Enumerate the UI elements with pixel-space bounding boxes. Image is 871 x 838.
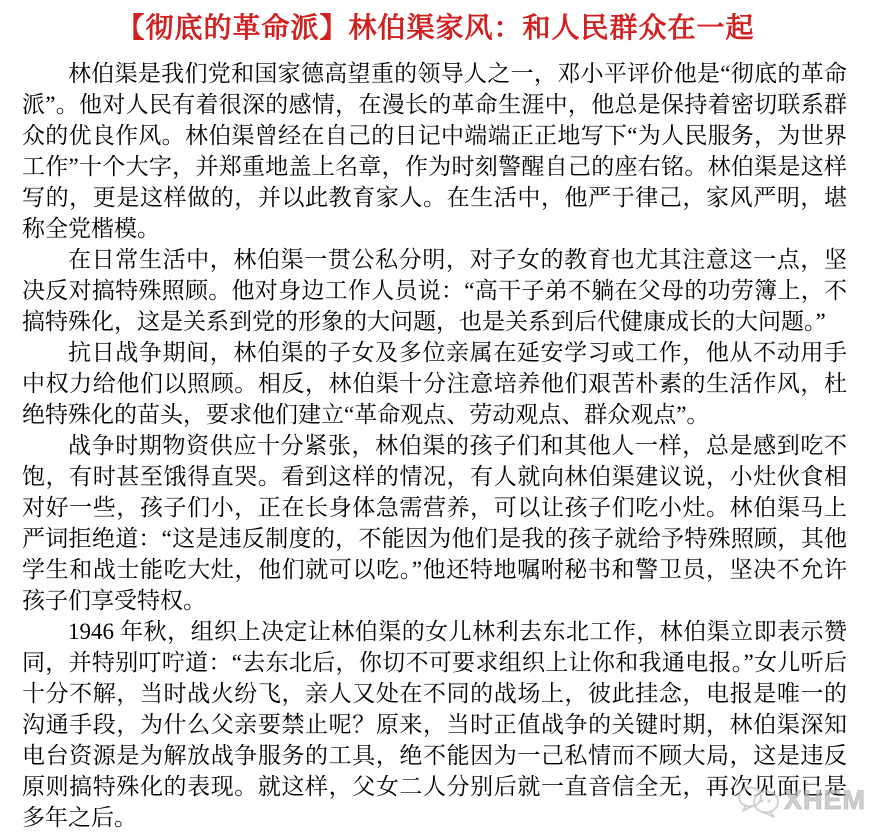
article-page: 【彻底的革命派】林伯渠家风：和人民群众在一起 林伯渠是我们党和国家德高望重的领导…	[0, 0, 871, 838]
article-title: 【彻底的革命派】林伯渠家风：和人民群众在一起	[0, 0, 871, 52]
paragraph-2: 在日常生活中，林伯渠一贯公私分明，对子女的教育也尤其注意这一点，坚决反对搞特殊照…	[22, 244, 847, 337]
paragraph-1: 林伯渠是我们党和国家德高望重的领导人之一，邓小平评价他是“彻底的革命派”。他对人…	[22, 58, 847, 244]
paragraph-3: 抗日战争期间，林伯渠的子女及多位亲属在延安学习或工作，他从不动用手中权力给他们以…	[22, 337, 847, 430]
paragraph-4: 战争时期物资供应十分紧张，林伯渠的孩子们和其他人一样，总是感到吃不饱，有时甚至饿…	[22, 430, 847, 616]
paragraph-5: 1946 年秋，组织上决定让林伯渠的女儿林利去东北工作，林伯渠立即表示赞同，并特…	[22, 616, 847, 833]
article-body: 林伯渠是我们党和国家德高望重的领导人之一，邓小平评价他是“彻底的革命派”。他对人…	[0, 52, 871, 833]
